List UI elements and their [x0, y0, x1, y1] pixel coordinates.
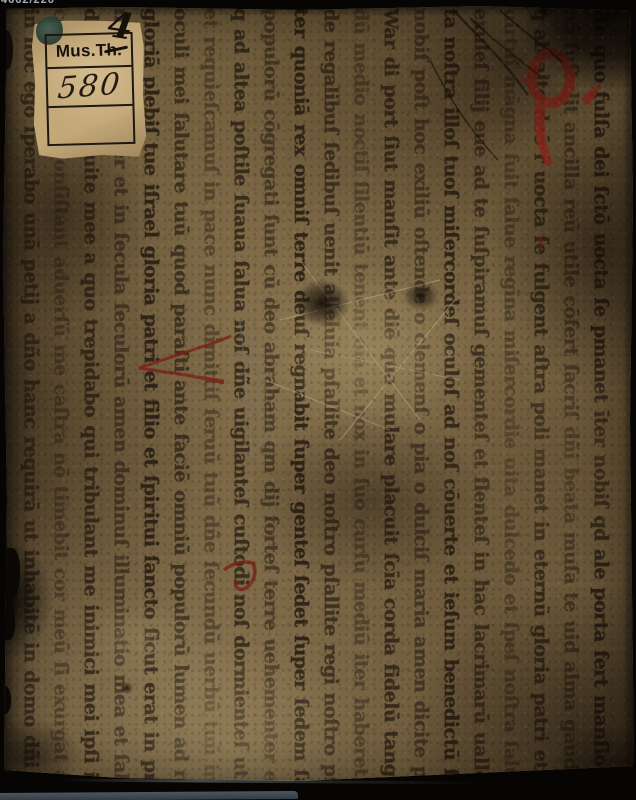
ms-line: Ite quo fulſa dei ſctō uocta ſe pmanet ī…: [586, 8, 616, 788]
ms-line: et requieſcamuſ in pace nunc dimittiſ ſe…: [196, 8, 226, 788]
ms-line: nō ſuſtulit ancilla reū utile cōfert ſac…: [556, 8, 586, 788]
ms-line: q ad altea poſtile ſuaua ſalua noſ dñe u…: [226, 8, 256, 788]
bottom-surface: [0, 791, 298, 800]
corner-inventory-number-clip: 4662/226: [1, 0, 79, 7]
ms-line: dū medio noctiſ ſilentiū tenent oīa et n…: [346, 8, 376, 788]
ms-line: uirtuſ māgna fuit ſalue regīna miſercord…: [496, 8, 526, 788]
ms-line: oculi mei ſalutare tuū quod paraſti ante…: [166, 8, 196, 788]
ms-line: ter quoniā rex omniſ terre deuſ regnabit…: [286, 8, 316, 788]
ms-line: q ab alte deō r uocta ſe fulgent aſtra p…: [526, 8, 556, 788]
ms-line: exuleſ filij eue ad te ſuſpiramuſ gement…: [466, 8, 496, 788]
label-row-empty: [48, 106, 133, 141]
ms-line: War di port ſiut manſit ante diē qua mul…: [376, 8, 406, 788]
ms-line: de regalibuſ ſedibuſ uenit alleluia pſal…: [316, 8, 346, 788]
label-shelfmark-number: 580: [56, 66, 123, 106]
manuscript-scan: Ite quo fulſa dei ſctō uocta ſe pmanet ī…: [0, 0, 636, 800]
corner-inventory-number: 4662/226: [1, 0, 55, 6]
ms-line: nobiſ poſt hoc exiliū oſtende o clemenſ …: [406, 8, 436, 788]
ms-line: populorū cōgregati ſunt cū deo abraham q…: [256, 8, 286, 788]
label-row-number: 580: [47, 67, 132, 108]
book-board-edge: [60, 779, 480, 785]
ms-line: ta noſtra illoſ tuoſ miſercordeſ oculoſ …: [436, 8, 466, 788]
